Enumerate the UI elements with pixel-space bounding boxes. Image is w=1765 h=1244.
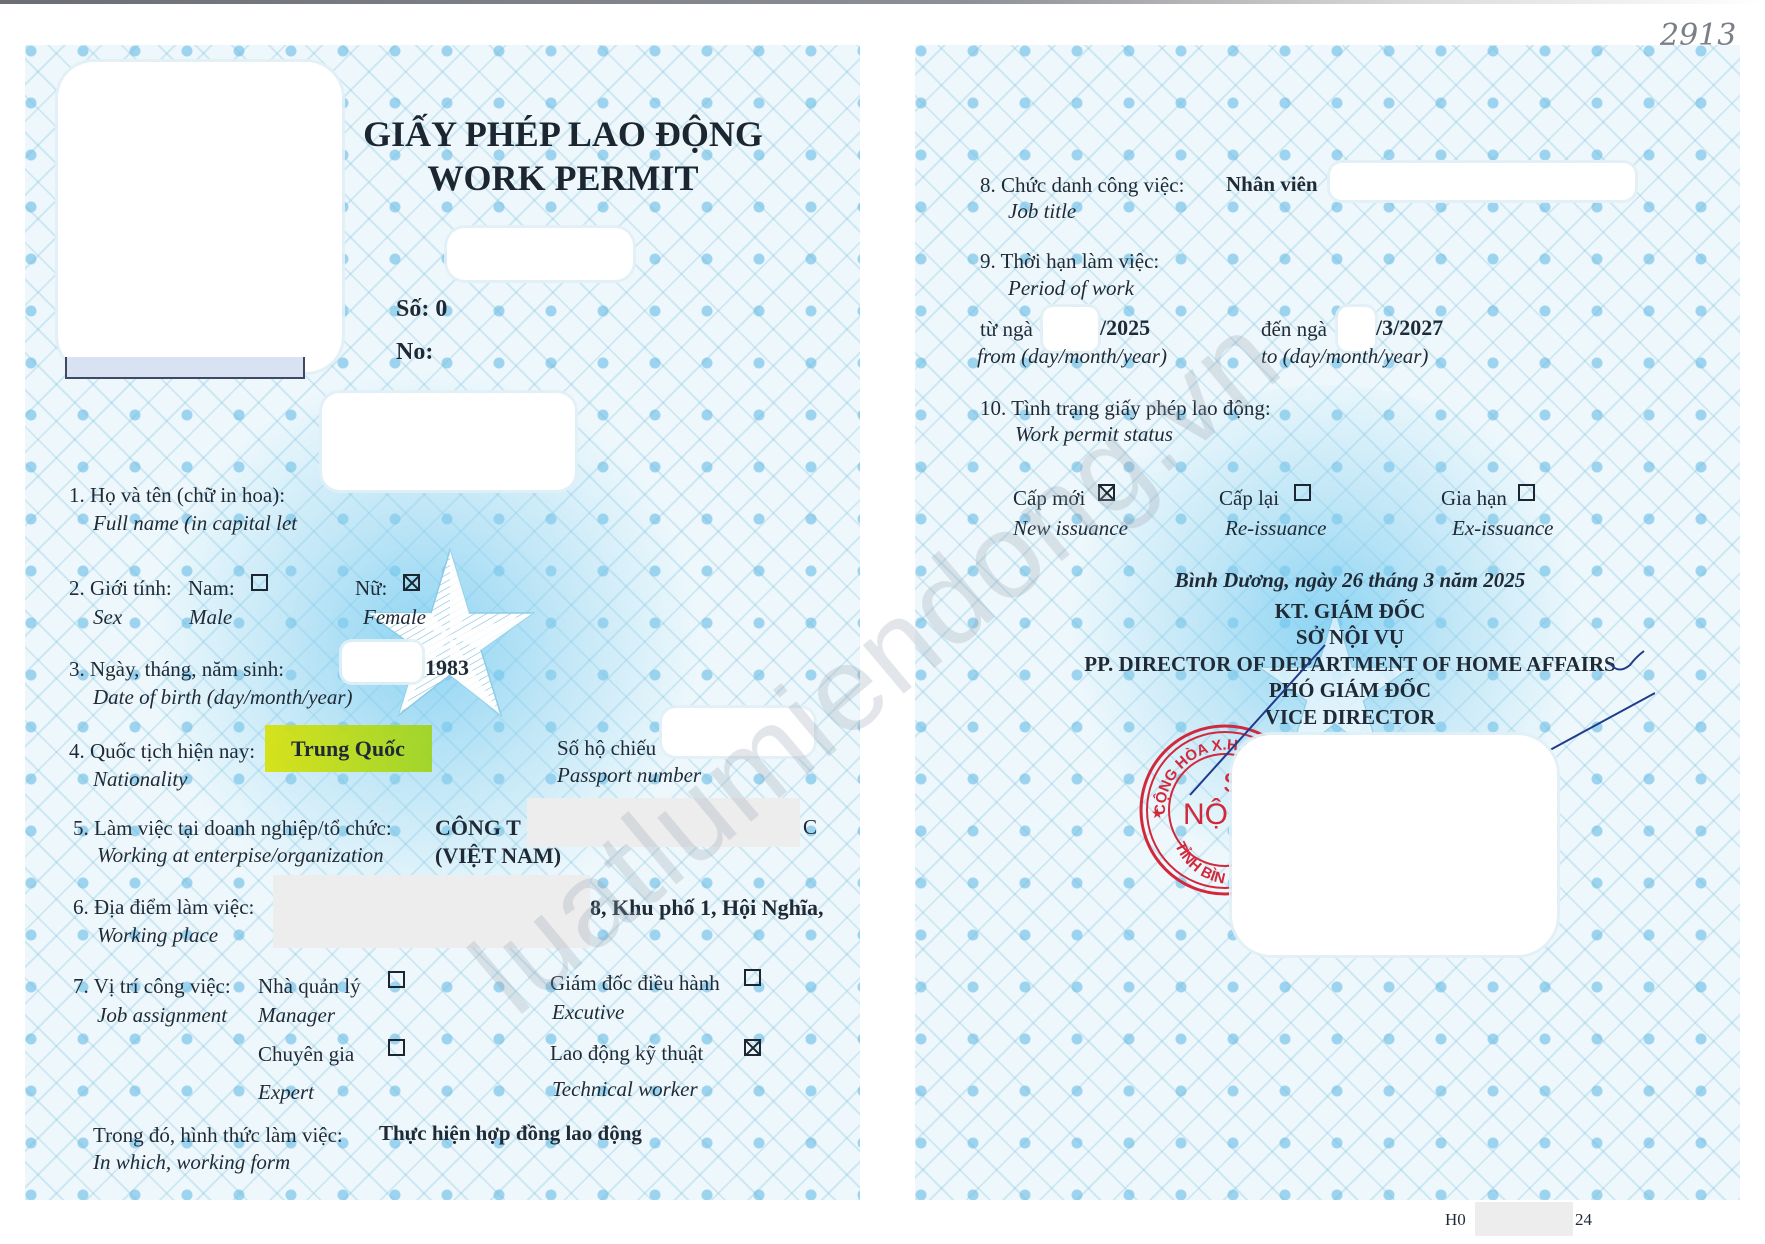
job-assignment-label-en: Job assignment bbox=[97, 1005, 227, 1026]
period-to-label: đến ngà bbox=[1261, 319, 1327, 340]
handwritten-number: 2913 bbox=[1660, 18, 1736, 53]
option-expert-label: Chuyên gia bbox=[258, 1044, 354, 1065]
sex-male-checkbox[interactable] bbox=[251, 574, 268, 591]
employer-label: 5. Làm việc tại doanh nghiệp/tổ chức: bbox=[73, 818, 392, 839]
signature-redacted bbox=[1232, 735, 1557, 955]
option-technical-worker-label-en: Technical worker bbox=[552, 1079, 698, 1100]
option-expert-label-en: Expert bbox=[258, 1082, 314, 1103]
footer-code-start: H0 bbox=[1445, 1211, 1466, 1228]
option-expert-checkbox[interactable] bbox=[388, 1039, 405, 1056]
sex-label: 2. Giới tính: bbox=[69, 578, 172, 599]
work-permit-right-page: 8. Chức danh công việc: Nhân viên Job ti… bbox=[915, 45, 1740, 1200]
dob-label-en: Date of birth (day/month/year) bbox=[93, 687, 353, 708]
period-label: 9. Thời hạn làm việc: bbox=[980, 251, 1159, 272]
job-assignment-label: 7. Vị trí công việc: bbox=[73, 976, 231, 997]
full-name-label-en: Full name (in capital let bbox=[93, 513, 297, 534]
status-reissue-label: Cấp lại bbox=[1219, 488, 1279, 509]
working-form-label: Trong đó, hình thức làm việc: bbox=[93, 1125, 343, 1146]
title-english: WORK PERMIT bbox=[303, 157, 823, 199]
status-extension-label-en: Ex-issuance bbox=[1452, 518, 1553, 539]
nationality-label-en: Nationality bbox=[93, 769, 188, 790]
period-to-label-en: to (day/month/year) bbox=[1261, 346, 1428, 367]
option-technical-worker-label: Lao động kỹ thuật bbox=[550, 1043, 703, 1064]
job-title-label: 8. Chức danh công việc: bbox=[980, 175, 1184, 196]
option-manager-checkbox[interactable] bbox=[388, 971, 405, 988]
option-manager-label: Nhà quản lý bbox=[258, 976, 361, 997]
period-from-label: từ ngà bbox=[980, 319, 1033, 340]
period-from-value: /2025 bbox=[1100, 317, 1150, 339]
footer-code-redacted bbox=[1475, 1202, 1573, 1236]
status-extension-label: Gia hạn bbox=[1441, 488, 1507, 509]
full-name-redacted bbox=[322, 393, 575, 490]
status-reissue-checkbox[interactable] bbox=[1294, 484, 1311, 501]
permit-number-label-en: No: bbox=[396, 340, 433, 364]
working-form-label-en: In which, working form bbox=[93, 1152, 290, 1173]
working-place-label-en: Working place bbox=[97, 925, 218, 946]
nationality-value: Trung Quốc bbox=[291, 738, 405, 760]
option-manager-label-en: Manager bbox=[258, 1005, 335, 1026]
dob-year: 1983 bbox=[425, 657, 469, 679]
option-executive-checkbox[interactable] bbox=[744, 969, 761, 986]
permit-number-label: Số: 0 bbox=[396, 297, 447, 321]
sex-female-label-en: Female bbox=[363, 607, 426, 628]
employer-label-en: Working at enterpise/organization bbox=[97, 845, 384, 866]
photo-placeholder bbox=[58, 62, 342, 372]
permit-number-redacted bbox=[447, 228, 633, 280]
work-permit-left-page: GIẤY PHÉP LAO ĐỘNG WORK PERMIT Số: 0 No:… bbox=[25, 45, 860, 1200]
status-extension-checkbox[interactable] bbox=[1518, 484, 1535, 501]
sex-female-label: Nữ: bbox=[355, 578, 387, 599]
title-vietnamese: GIẤY PHÉP LAO ĐỘNG bbox=[303, 113, 823, 155]
signer-line-1: KT. GIÁM ĐỐC bbox=[970, 601, 1730, 622]
nationality-label: 4. Quốc tịch hiện nay: bbox=[69, 741, 255, 762]
working-form-value: Thực hiện hợp đồng lao động bbox=[379, 1123, 642, 1144]
footer-code-end: 24 bbox=[1575, 1211, 1592, 1228]
job-title-redacted bbox=[1330, 163, 1635, 200]
dob-redacted bbox=[342, 642, 422, 682]
employer-value-end: C bbox=[803, 817, 817, 838]
passport-label: Số hộ chiếu bbox=[557, 738, 656, 759]
working-place-label: 6. Địa điểm làm việc: bbox=[73, 897, 254, 918]
employer-value-start: CÔNG T bbox=[435, 817, 521, 839]
job-title-label-en: Job title bbox=[1008, 201, 1076, 222]
period-label-en: Period of work bbox=[1008, 278, 1134, 299]
period-to-value: /3/2027 bbox=[1376, 317, 1443, 339]
sex-male-label: Nam: bbox=[188, 578, 235, 599]
option-technical-worker-checkbox[interactable] bbox=[744, 1039, 761, 1056]
sex-female-checkbox[interactable] bbox=[403, 574, 420, 591]
job-title-value: Nhân viên bbox=[1226, 174, 1318, 195]
star-emblem-icon bbox=[365, 545, 535, 720]
sex-male-label-en: Male bbox=[189, 607, 232, 628]
sex-label-en: Sex bbox=[93, 607, 122, 628]
photo-frame-edge bbox=[65, 357, 305, 379]
scanner-edge bbox=[0, 0, 1765, 4]
full-name-label: 1. Họ và tên (chữ in hoa): bbox=[69, 485, 285, 506]
dob-label: 3. Ngày, tháng, năm sinh: bbox=[69, 659, 284, 680]
status-reissue-label-en: Re-issuance bbox=[1225, 518, 1326, 539]
